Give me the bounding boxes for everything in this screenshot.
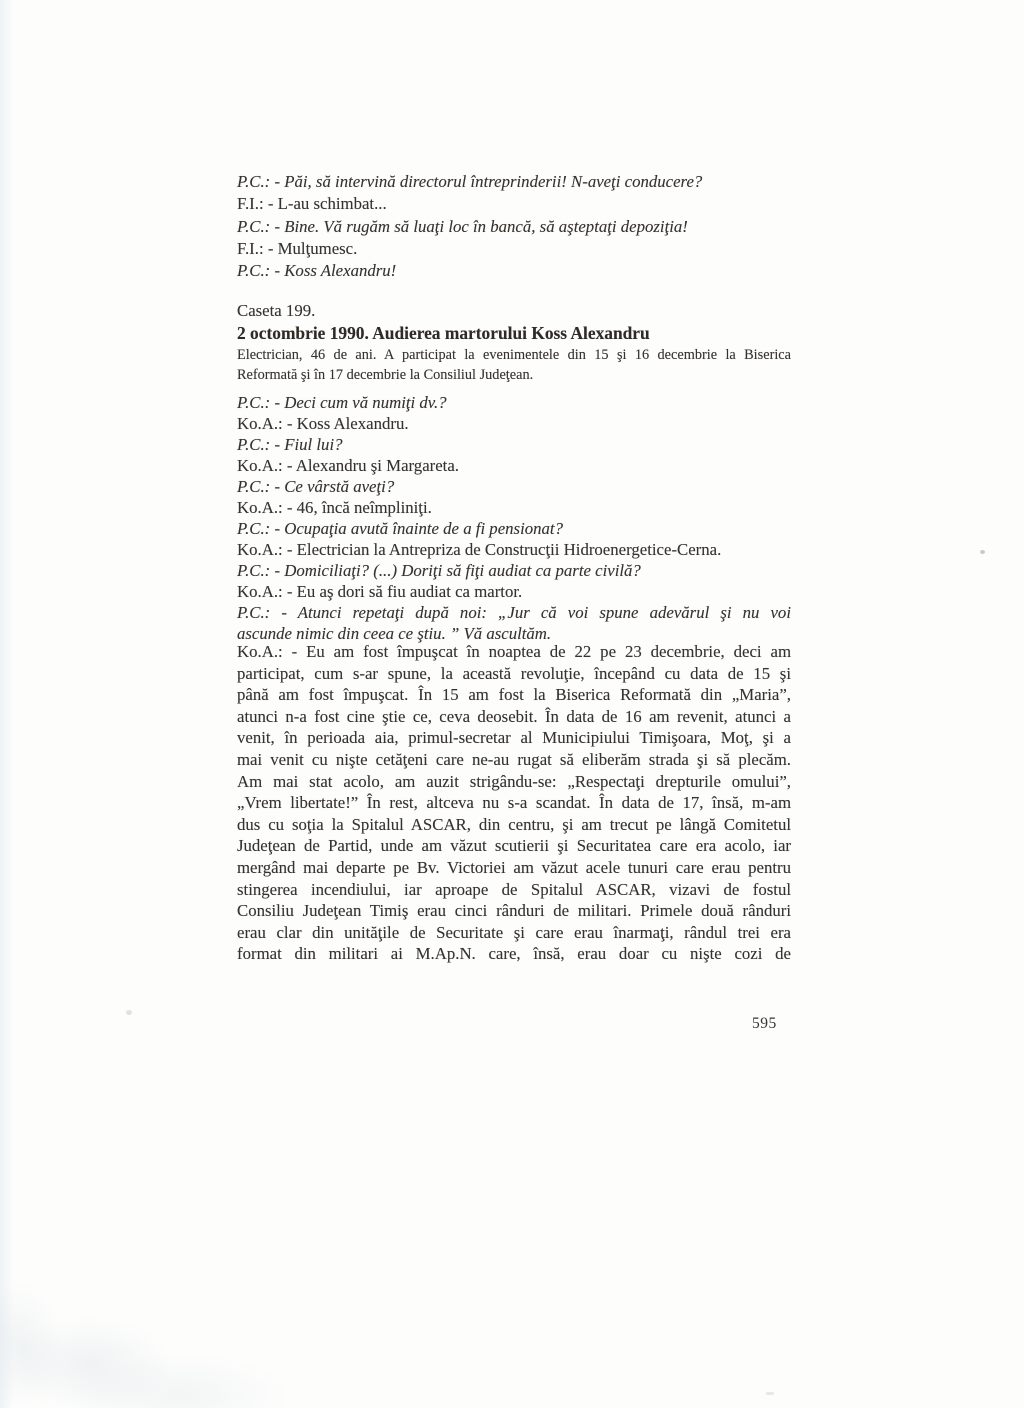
text-line: P.C.: - Ocupaţia avută înainte de a fi p…: [237, 518, 791, 539]
text-line: Reformată şi în 17 decembrie la Consiliu…: [237, 365, 791, 385]
caseta-description: Electrician, 46 de ani. A participat la …: [237, 345, 791, 385]
text-line: dus cu soţia la Spitalul ASCAR, din cent…: [237, 814, 791, 836]
text-line: Ko.A.: - Alexandru şi Margareta.: [237, 455, 791, 476]
witness-testimony: Ko.A.: - Eu am fost împuşcat în noaptea …: [237, 641, 791, 965]
text-line: P.C.: - Păi, să intervină directorul înt…: [237, 171, 791, 193]
caseta-heading: Caseta 199.2 octombrie 1990. Audierea ma…: [237, 300, 791, 344]
text-line: Electrician, 46 de ani. A participat la …: [237, 345, 791, 365]
text-line: mergând mai departe pe Bv. Victoriei am …: [237, 857, 791, 879]
text-line: Caseta 199.: [237, 300, 791, 322]
text-line: P.C.: - Ce vârstă aveţi?: [237, 476, 791, 497]
scanned-book-page: P.C.: - Păi, să intervină directorul înt…: [0, 0, 1024, 1408]
text-line: F.I.: - Mulţumesc.: [237, 238, 791, 260]
text-line: Ko.A.: - 46, încă neîmpliniţi.: [237, 497, 791, 518]
text-line: P.C.: - Fiul lui?: [237, 434, 791, 455]
text-line: „Vrem libertate!” În rest, altceva nu s-…: [237, 792, 791, 814]
text-line: Ko.A.: - Koss Alexandru.: [237, 413, 791, 434]
text-line: Ko.A.: - Eu aş dori să fiu audiat ca mar…: [237, 581, 791, 602]
text-line: Consiliu Judeţean Timiş erau cinci rându…: [237, 900, 791, 922]
text-line: P.C.: - Domiciliaţi? (...) Doriţi să fiţ…: [237, 560, 791, 581]
text-line: atunci n-a fost cine ştie ce, ceva deose…: [237, 706, 791, 728]
text-line: 2 octombrie 1990. Audierea martorului Ko…: [237, 322, 791, 344]
text-line: Judeţean de Partid, unde am văzut scutie…: [237, 835, 791, 857]
text-line: până am fost împuşcat. În 15 am fost la …: [237, 684, 791, 706]
text-line: format din militari ai M.Ap.N. care, îns…: [237, 943, 791, 965]
text-line: P.C.: - Bine. Vă rugăm să luaţi loc în b…: [237, 216, 791, 238]
page-number: 595: [752, 1014, 777, 1034]
text-line: stingerea incendiului, iar aproape de Sp…: [237, 879, 791, 901]
text-line: P.C.: - Atunci repetaţi după noi: „Jur c…: [237, 602, 791, 623]
text-line: venit, în perioada aia, primul-secretar …: [237, 727, 791, 749]
text-line: Am mai stat acolo, am auzit strigându-se…: [237, 771, 791, 793]
interrogation-dialogue: P.C.: - Deci cum vă numiţi dv.?Ko.A.: - …: [237, 392, 791, 644]
text-line: F.I.: - L-au schimbat...: [237, 193, 791, 215]
text-line: erau clar din unităţile de Securitate şi…: [237, 922, 791, 944]
opening-dialogue: P.C.: - Păi, să intervină directorul înt…: [237, 171, 791, 282]
text-line: participat, cum s-ar spune, la această r…: [237, 663, 791, 685]
text-layer: P.C.: - Păi, să intervină directorul înt…: [0, 0, 1024, 1408]
text-line: P.C.: - Koss Alexandru!: [237, 260, 791, 282]
text-line: mai venit cu nişte cetăţeni care ne-au r…: [237, 749, 791, 771]
text-line: Ko.A.: - Eu am fost împuşcat în noaptea …: [237, 641, 791, 663]
text-line: Ko.A.: - Electrician la Antrepriza de Co…: [237, 539, 791, 560]
text-line: P.C.: - Deci cum vă numiţi dv.?: [237, 392, 791, 413]
